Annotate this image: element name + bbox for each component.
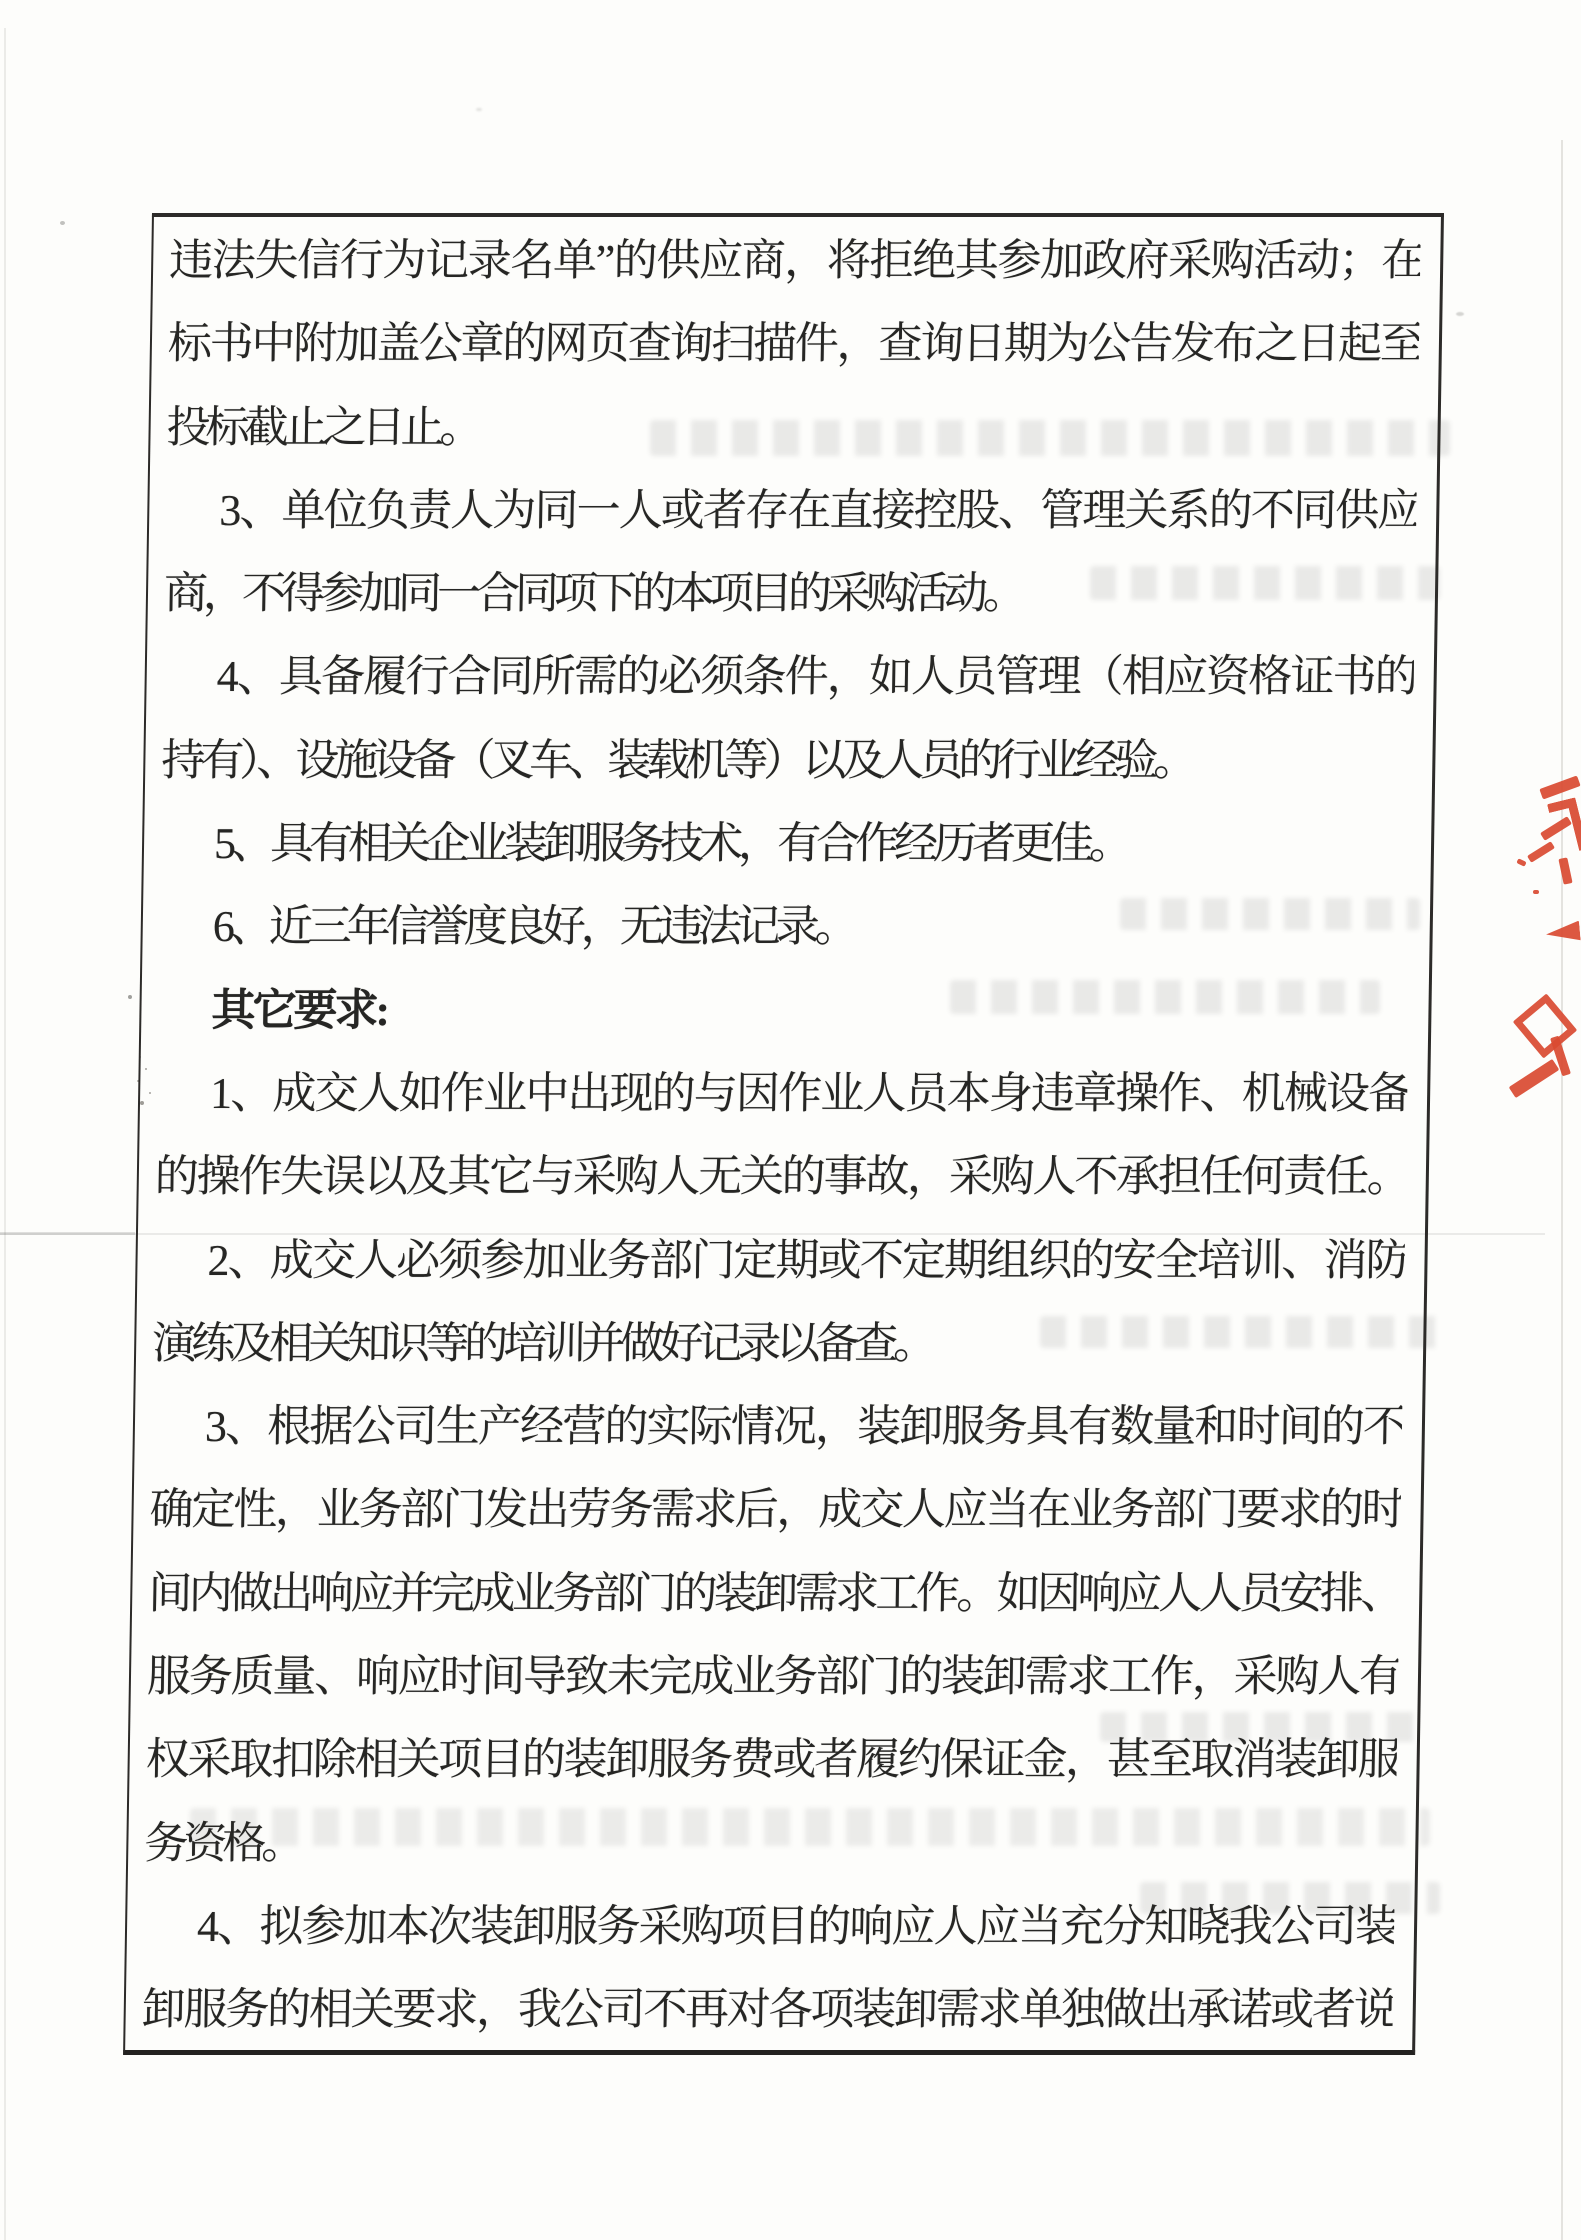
text-line: 4、拟参加本次装卸服务采购项目的响应人应当充分知晓我公司装: [142, 1885, 1394, 1968]
stamp-stroke: [1516, 858, 1526, 866]
text-line: 务资格。: [144, 1802, 1396, 1885]
stamp-stroke: [1558, 857, 1572, 884]
text-line: 间内做出响应并完成业务部门的装卸需求工作。如因响应人人员安排、: [148, 1552, 1400, 1635]
text-line: 3、根据公司生产经营的实际情况，装卸服务具有数量和时间的不: [150, 1385, 1402, 1468]
text-line: 卸服务的相关要求，我公司不再对各项装卸需求单独做出承诺或者说: [141, 1968, 1393, 2051]
stamp-stroke: [1509, 1059, 1560, 1098]
stamp-stroke: [1527, 841, 1555, 863]
page-right-edge-line: [1561, 140, 1563, 2240]
text-line: 服务质量、响应时间导致未完成业务部门的装卸需求工作，采购人有: [146, 1635, 1398, 1718]
pencil-speckle-artifact: [128, 995, 132, 999]
text-line: 2、成交人必须参加业务部门定期或不定期组织的安全培训、消防: [153, 1219, 1405, 1302]
dot-artifact: [1456, 312, 1464, 316]
fold-line-dark-segment: [0, 1232, 135, 1235]
red-stamp-fragment: [1505, 770, 1581, 1130]
text-line: 的操作失误以及其它与采购人无关的事故，采购人不承担任何责任。: [154, 1135, 1406, 1218]
document-lines: 违法失信行为记录名单”的供应商，将拒绝其参加政府采购活动；在标书中附加盖公章的网…: [141, 219, 1421, 2052]
text-line: 1、成交人如作业中出现的与因作业人员本身违章操作、机械设备: [156, 1052, 1408, 1135]
page-left-edge-line: [4, 28, 6, 2240]
scanned-document-page: 违法失信行为记录名单”的供应商，将拒绝其参加政府采购活动；在标书中附加盖公章的网…: [0, 0, 1581, 2240]
text-line: 4、具备履行合同所需的必须条件，如人员管理（相应资格证书的: [162, 635, 1414, 718]
text-line: 违法失信行为记录名单”的供应商，将拒绝其参加政府采购活动；在: [169, 219, 1421, 302]
text-line: 6、近三年信誉度良好，无违法记录。: [158, 885, 1410, 968]
text-line: 投标截止之日止。: [166, 386, 1418, 469]
text-line: 3、单位负责人为同一人或者存在直接控股、管理关系的不同供应: [165, 469, 1417, 552]
stamp-stroke: [1545, 921, 1581, 946]
dot-artifact: [476, 108, 482, 111]
text-line: 其它要求:: [157, 969, 1409, 1052]
text-line: 标书中附加盖公章的网页查询扫描件，查询日期为公告发布之日起至: [167, 302, 1419, 385]
text-line: 确定性，业务部门发出劳务需求后，成交人应当在业务部门要求的时: [149, 1468, 1401, 1551]
stamp-stroke: [1533, 890, 1539, 894]
dot-artifact: [60, 221, 65, 225]
text-line: 权采取扣除相关项目的装卸服务费或者履约保证金，甚至取消装卸服: [145, 1718, 1397, 1801]
text-line: 商，不得参加同一合同项下的本项目的采购活动。: [163, 552, 1415, 635]
stamp-stroke: [1513, 993, 1578, 1058]
text-line: 5、具有相关企业装卸服务技术，有合作经历者更佳。: [159, 802, 1411, 885]
text-line: 持有）、设施设备（叉车、装载机等）以及人员的行业经验。: [161, 719, 1413, 802]
stamp-stroke: [1539, 775, 1580, 799]
text-line: 演练及相关知识等的培训并做好记录以备查。: [152, 1302, 1404, 1385]
document-text-box: 违法失信行为记录名单”的供应商，将拒绝其参加政府采购活动；在标书中附加盖公章的网…: [123, 213, 1444, 2055]
